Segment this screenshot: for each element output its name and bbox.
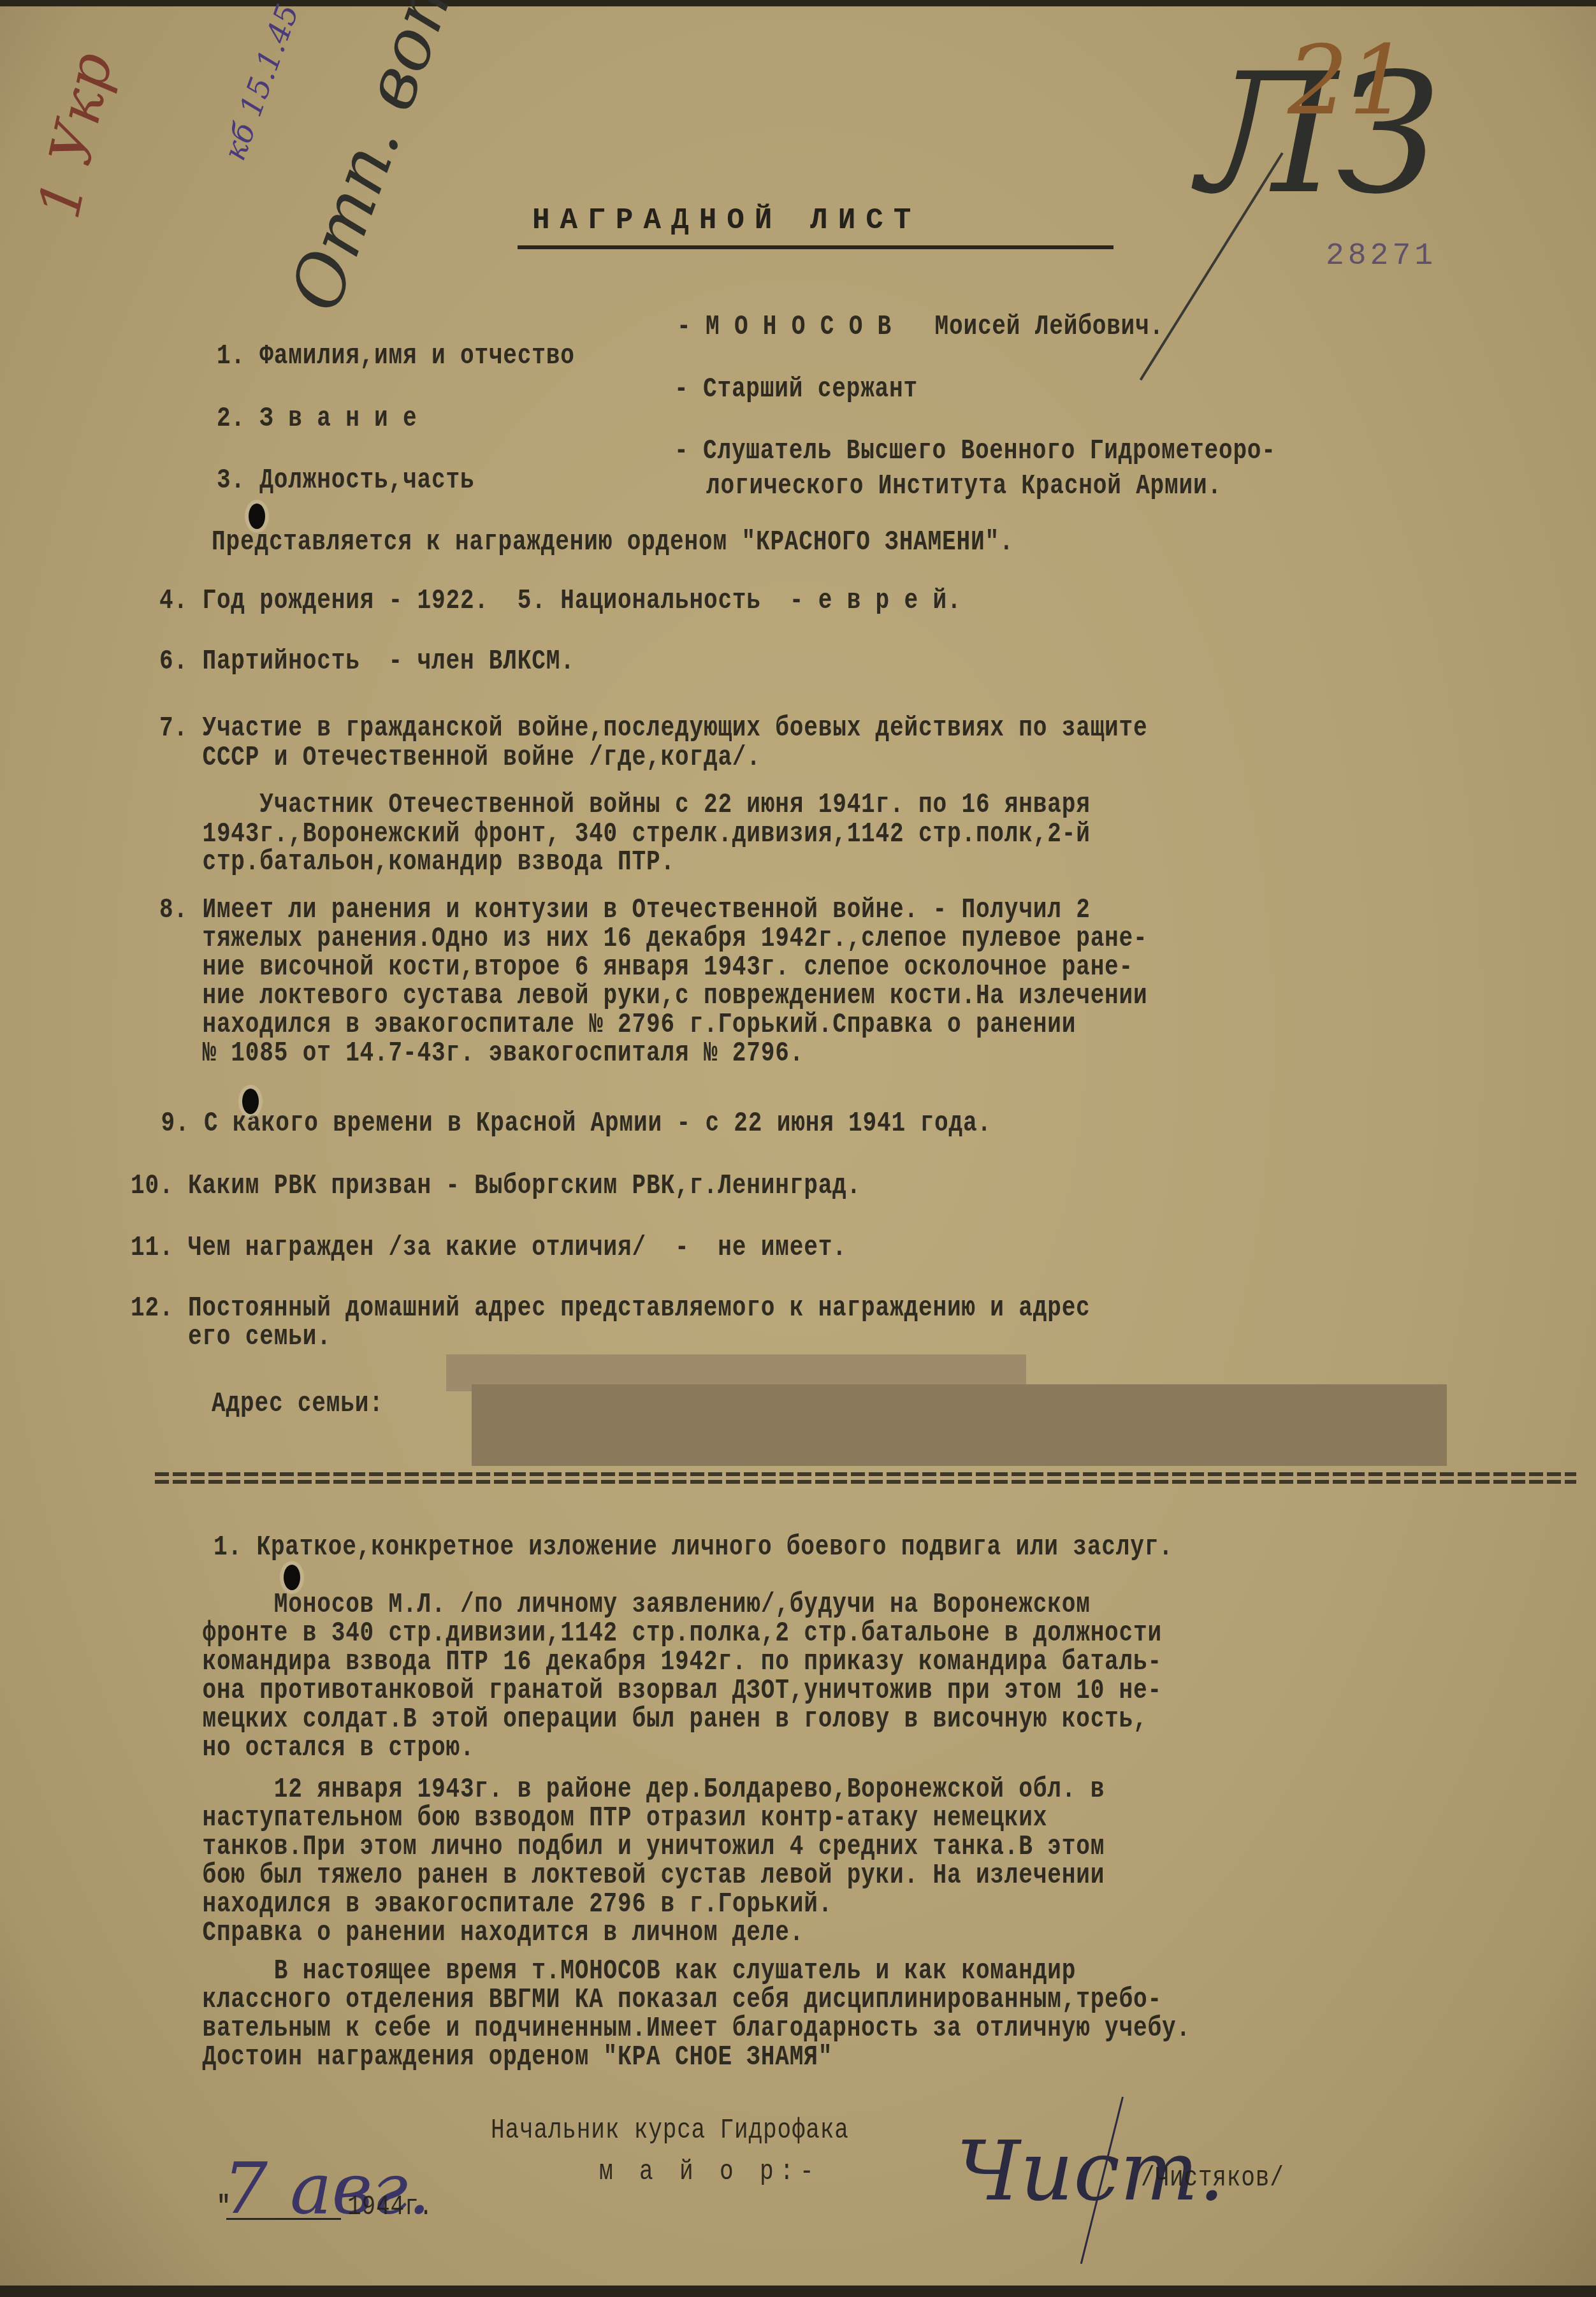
field-3-value: - Слушатель Высшего Военного Гидрометеор… xyxy=(674,437,1276,466)
field-7-answer-3: стр.батальон,командир взвода ПТР. xyxy=(159,848,675,877)
field-7-answer-1: Участник Отечественной войны с 22 июня 1… xyxy=(159,790,1091,820)
field-4-5: 4. Год рождения - 1922. 5. Национальност… xyxy=(159,586,961,616)
field-8-line-3: ние височной кости,второе 6 января 1943г… xyxy=(159,953,1133,982)
field-7-line-2: СССР и Отечественной войне /где,когда/. xyxy=(159,743,761,772)
field-12-line-2: его семьи. xyxy=(131,1322,331,1352)
feat-line: Моносов М.Л. /по личному заявлению/,буду… xyxy=(159,1590,1091,1619)
feat-line: Достоин награждения орденом "КРА СНОЕ ЗН… xyxy=(159,2043,832,2072)
handwritten-number-brown: 21 xyxy=(1288,25,1409,136)
feat-line: классного отделения ВВГМИ КА показал себ… xyxy=(159,1985,1162,2015)
feat-line: мецких солдат.В этой операции был ранен … xyxy=(159,1705,1148,1734)
field-8-line-6: № 1085 от 14.7-43г. эвакогоспиталя № 279… xyxy=(159,1039,804,1068)
scan-edge-bottom xyxy=(0,2286,1596,2297)
nomination-line: Представляется к награждению орденом "КР… xyxy=(212,528,1013,557)
field-7-answer-2: 1943г.,Воронежский фронт, 340 стрелк.див… xyxy=(159,820,1091,849)
feat-line: командира взвода ПТР 16 декабря 1942г. п… xyxy=(159,1648,1162,1677)
feat-line: 12 января 1943г. в районе дер.Болдарево,… xyxy=(159,1775,1105,1804)
date-underline xyxy=(226,2218,341,2220)
archive-number-stamp: 28271 xyxy=(1326,239,1437,273)
punch-hole xyxy=(284,1565,300,1590)
field-9: 9. С какого времени в Красной Армии - с … xyxy=(147,1109,992,1138)
punch-hole xyxy=(249,504,265,529)
redacted-family-address xyxy=(472,1384,1447,1466)
feat-line: танков.При этом лично подбил и уничтожил… xyxy=(159,1832,1105,1862)
feat-line: бою был тяжело ранен в локтевой сустав л… xyxy=(159,1861,1105,1890)
double-dashed-separator xyxy=(155,1472,1576,1485)
field-6: 6. Партийность - член ВЛКСМ. xyxy=(159,647,575,676)
field-10: 10. Каким РВК призван - Выборгским РВК,г… xyxy=(131,1171,861,1201)
punch-hole xyxy=(242,1089,259,1114)
family-address-label: Адрес семьи: xyxy=(212,1389,384,1419)
feat-line: вательным к себе и подчиненным.Имеет бла… xyxy=(159,2014,1191,2043)
feat-line: она противотанковой гранатой взорвал ДЗО… xyxy=(159,1676,1162,1706)
feat-line: находился в эвакогоспитале 2796 в г.Горь… xyxy=(159,1890,832,1919)
feat-heading: 1. Краткое,конкретное изложение личного … xyxy=(214,1533,1173,1562)
date-year: 1944г. xyxy=(347,2192,433,2222)
field-12-line-1: 12. Постоянный домашний адрес представля… xyxy=(131,1294,1091,1323)
signatory-rank: м а й о р:- xyxy=(599,2157,820,2187)
field-11: 11. Чем награжден /за какие отличия/ - н… xyxy=(131,1233,847,1263)
handwritten-note-red: 1 Укр xyxy=(25,47,126,224)
signatory-position: Начальник курса Гидрофака xyxy=(491,2116,849,2145)
field-1-value: - М О Н О С О В Моисей Лейбович. xyxy=(677,312,1164,342)
feat-line: фронте в 340 стр.дивизии,1142 стр.полка,… xyxy=(159,1619,1162,1648)
handwritten-note-purple: кб 15.1.45 г. xyxy=(217,0,318,165)
feat-line: Справка о ранении находится в личном дел… xyxy=(159,1918,804,1948)
title-underline xyxy=(518,245,1114,249)
feat-line: но остался в строю. xyxy=(159,1734,474,1763)
field-8-line-4: ние локтевого сустава левой руки,с повре… xyxy=(159,982,1148,1011)
feat-line: наступательном бою взводом ПТР отразил к… xyxy=(159,1804,1047,1833)
field-7-line-1: 7. Участие в гражданской войне,последующ… xyxy=(159,714,1148,743)
field-3-label: 3. Должность,часть xyxy=(159,437,474,525)
field-2-value: - Старший сержант xyxy=(674,375,918,404)
field-3-value-cont: логического Института Красной Армии. xyxy=(706,472,1222,501)
field-8-line-5: находился в эвакогоспитале № 2796 г.Горь… xyxy=(159,1010,1076,1040)
document-title: НАГРАДНОЙ ЛИСТ xyxy=(532,204,921,237)
field-8-line-2: тяжелых ранения.Одно из них 16 декабря 1… xyxy=(159,924,1148,953)
signatory-name: /Чистяков/ xyxy=(1141,2164,1284,2193)
scan-edge-top xyxy=(0,0,1596,6)
award-sheet-page: 1 Укр кб 15.1.45 г. Отп. вотн/45 ЛЗ 21 2… xyxy=(0,0,1596,2297)
handwritten-note-pencil: Отп. вотн/45 xyxy=(274,0,530,321)
feat-line: В настоящее время т.МОНОСОВ как слушател… xyxy=(159,1957,1076,1986)
field-8-line-1: 8. Имеет ли ранения и контузии в Отечест… xyxy=(159,895,1091,925)
